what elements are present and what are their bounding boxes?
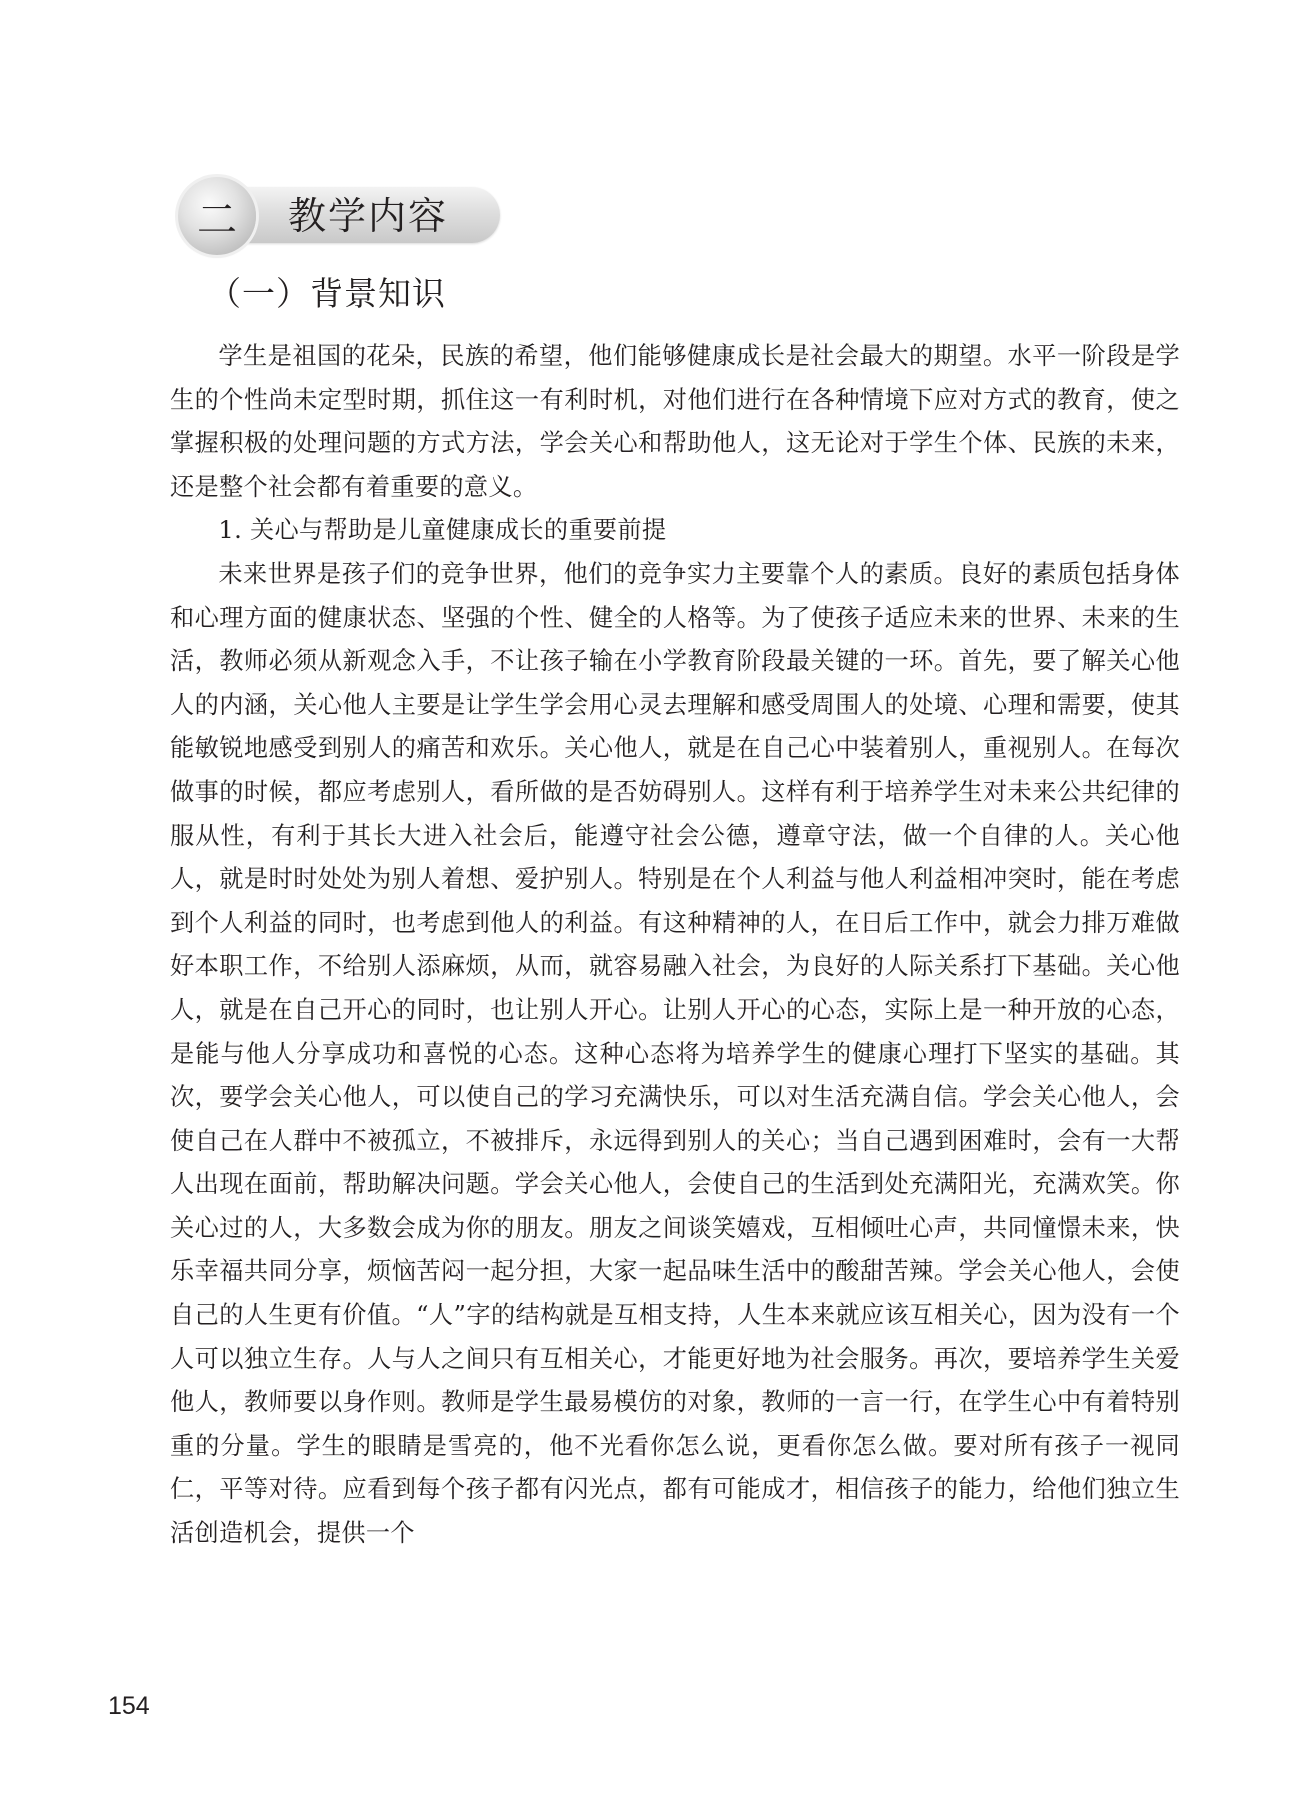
- body-text: 学生是祖国的花朵，民族的希望，他们能够健康成长是社会最大的期望。水平一阶段是学生…: [170, 335, 1180, 1556]
- section-header: 二 教学内容: [178, 177, 500, 255]
- section-number-badge: 二: [178, 177, 256, 255]
- intro-paragraph: 学生是祖国的花朵，民族的希望，他们能够健康成长是社会最大的期望。水平一阶段是学生…: [170, 335, 1180, 509]
- section-title: 教学内容: [288, 191, 448, 241]
- item-paragraph: 未来世界是孩子们的竞争世界，他们的竞争实力主要靠个人的素质。良好的素质包括身体和…: [170, 553, 1180, 1556]
- page-number: 154: [108, 1692, 150, 1721]
- item-heading: 1. 关心与帮助是儿童健康成长的重要前提: [170, 509, 1180, 553]
- subsection-title: （一）背景知识: [208, 272, 446, 316]
